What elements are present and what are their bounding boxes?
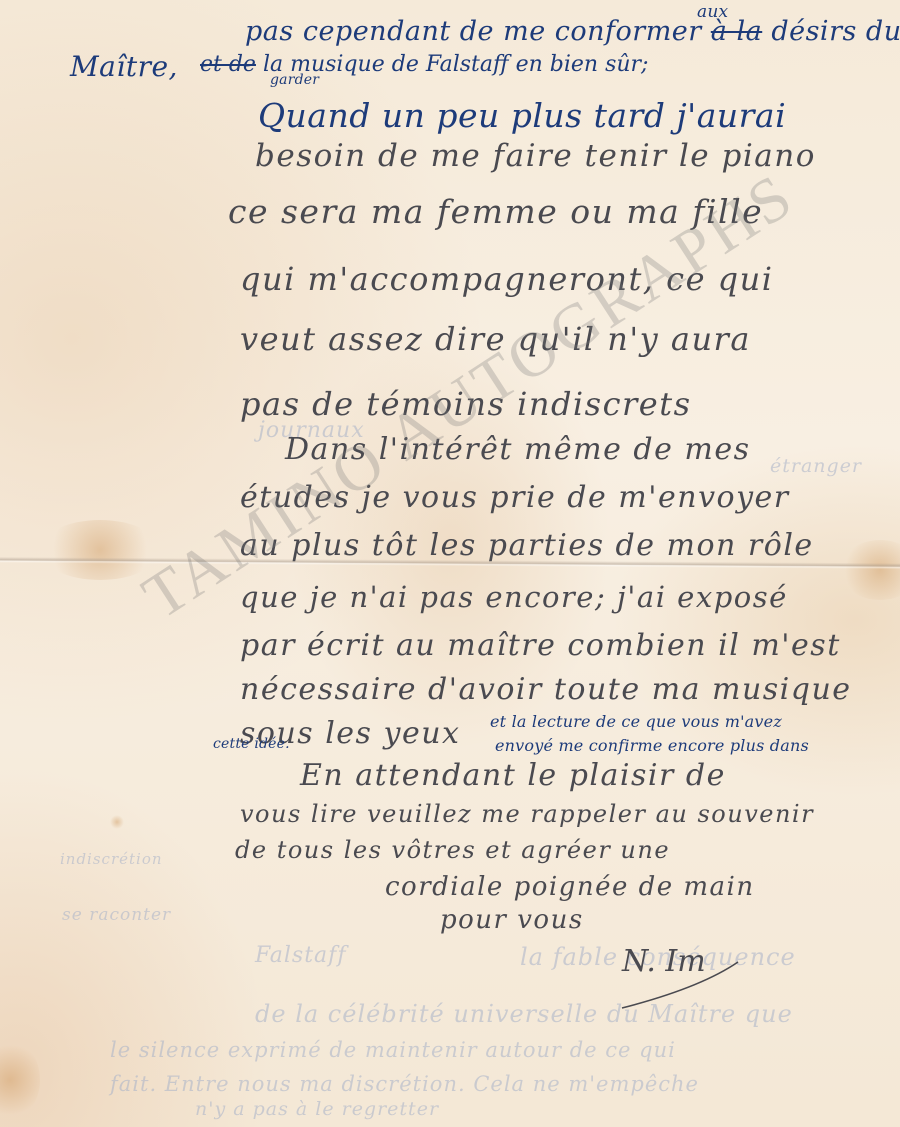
- insertion-aux: aux: [697, 2, 728, 22]
- pencil-closing-line: vous lire veuillez me rappeler au souven…: [240, 800, 814, 828]
- bleed-through-text: indiscrétion: [60, 850, 163, 868]
- bleed-through-text: se raconter: [62, 905, 171, 925]
- pencil-closing-line: En attendant le plaisir de: [300, 758, 726, 793]
- bleed-through-text: Falstaff: [255, 943, 346, 968]
- signature-flourish: [620, 960, 740, 1010]
- ink-insert-line-1: et la lecture de ce que vous m'avez: [490, 712, 782, 731]
- bleed-through-text: fait. Entre nous ma discrétion. Cela ne …: [110, 1072, 699, 1096]
- pencil-line: que je n'ai pas encore; j'ai exposé: [240, 580, 788, 614]
- ink-header-line-1: pas cependant de me conformer à la désir…: [245, 16, 900, 47]
- ink-insert-margin: cette idée.: [213, 736, 290, 752]
- foxing-stain: [110, 815, 124, 829]
- ink-header-line-2: et de la musique de Falstaff en bien sûr…: [200, 52, 648, 77]
- pencil-line: au plus tôt les parties de mon rôle: [240, 528, 814, 563]
- bleed-through-text: n'y a pas à le regretter: [195, 1098, 439, 1120]
- bleed-through-text: le silence exprimé de maintenir autour d…: [110, 1038, 676, 1062]
- pencil-closing-line: de tous les vôtres et agréer une: [235, 836, 670, 864]
- pencil-line: par écrit au maître combien il m'est: [240, 628, 841, 663]
- text: la musique de Falstaff en bien sûr;: [263, 52, 648, 77]
- struck-text: et de: [200, 52, 256, 77]
- pencil-closing-line: cordiale poignée de main: [385, 872, 755, 902]
- pencil-line: nécessaire d'avoir toute ma musique: [240, 672, 852, 707]
- pencil-closing-line: pour vous: [440, 905, 584, 935]
- text: désirs du: [771, 16, 900, 47]
- pencil-line: besoin de me faire tenir le piano: [255, 138, 816, 174]
- salutation: Maître,: [70, 50, 178, 83]
- text: pas cependant de me conformer: [245, 16, 702, 47]
- ink-insert-line-2: envoyé me confirme encore plus dans: [495, 736, 809, 755]
- ink-header-line-3: Quand un peu plus tard j'aurai: [258, 96, 786, 135]
- insertion-garder: garder: [270, 72, 319, 88]
- bleed-through-text: étranger: [770, 455, 862, 477]
